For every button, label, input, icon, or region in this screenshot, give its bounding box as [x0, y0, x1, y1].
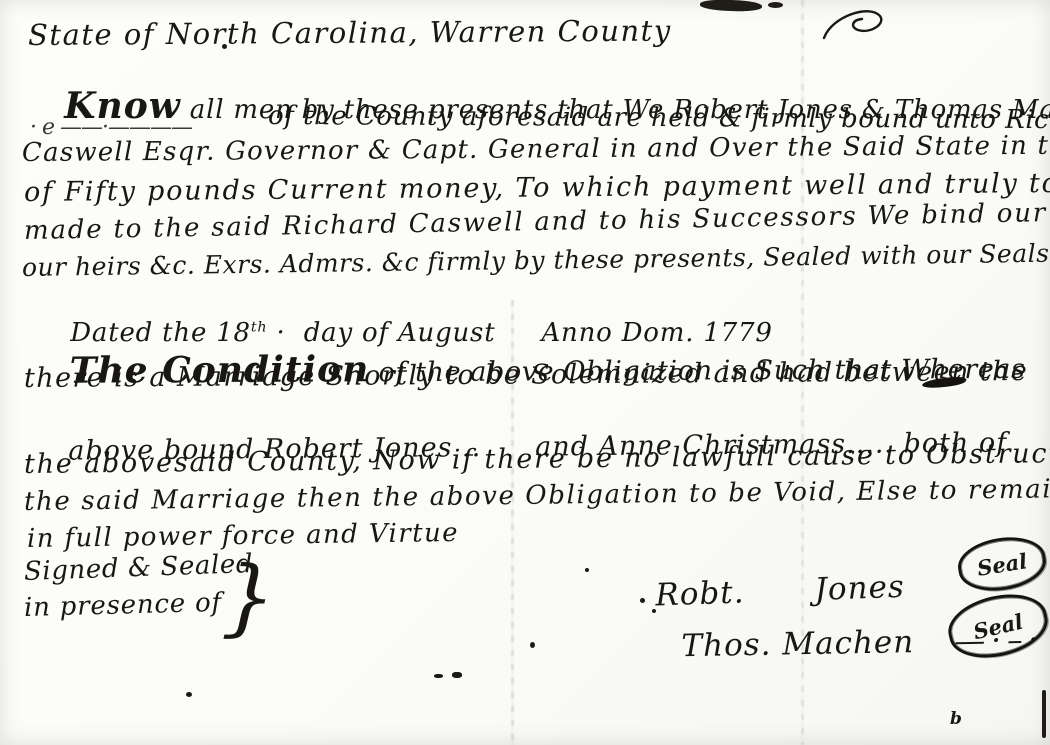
- ink-speck: [530, 642, 535, 648]
- seal-stamp-jones: Seal: [954, 531, 1049, 596]
- sig2-name: Thos. Machen: [681, 624, 914, 664]
- doc-line-heading: State of North Carolina, Warren County: [28, 16, 672, 52]
- doc-line-4: Caswell Esqr. Governor & Capt. General i…: [22, 131, 1050, 168]
- ink-smudge-top: [700, 0, 762, 12]
- ink-speck: [186, 692, 192, 697]
- ink-speck: [452, 672, 462, 678]
- attestation-line-1: Signed & Sealed: [24, 550, 254, 587]
- attestation-brace: }: [220, 547, 277, 647]
- ink-smudge-top-small: [768, 2, 783, 8]
- ink-speck: [434, 674, 443, 678]
- scanned-marriage-bond-document: State of North Carolina, Warren County K…: [0, 0, 1050, 745]
- ink-stroke-right-edge: [1042, 690, 1046, 738]
- seal-label: Seal: [971, 608, 1025, 644]
- seal-label: Seal: [975, 548, 1028, 581]
- corner-mark: b: [950, 710, 962, 729]
- ink-speck: [585, 568, 589, 572]
- attestation-line-2: in presence of: [24, 589, 223, 623]
- doc-line-3: of the County aforesaid are held & firml…: [268, 102, 1050, 135]
- doc-line-7: our heirs &c. Exrs. Admrs. &c firmly by …: [22, 239, 1050, 281]
- ink-flourish-icon: [818, 4, 896, 46]
